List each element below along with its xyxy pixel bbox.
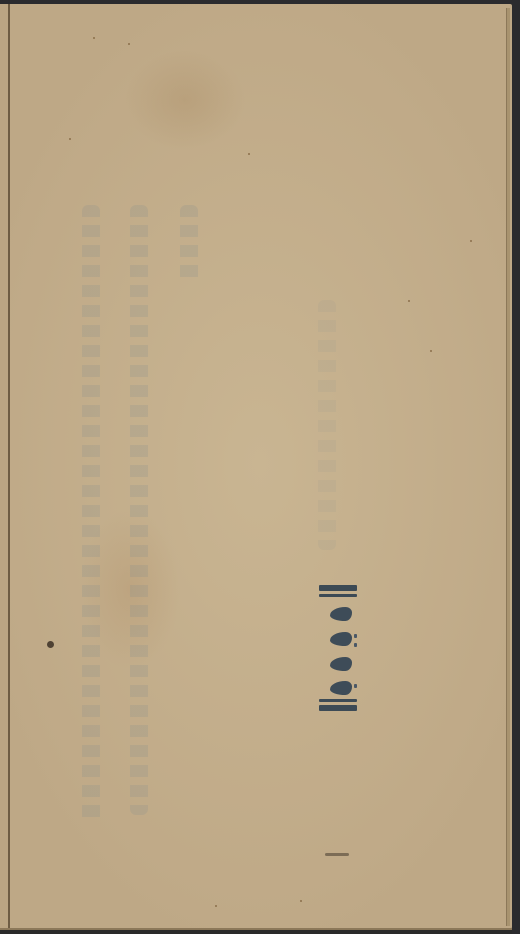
ornament-drop	[330, 681, 352, 695]
paper-speck	[300, 900, 302, 902]
ornament-drop	[330, 632, 352, 646]
ornament-drop	[330, 607, 352, 621]
page-bottom-edge	[0, 928, 512, 930]
scan-border-right	[512, 0, 520, 934]
show-through-text-column	[82, 205, 100, 825]
ink-blot	[47, 641, 54, 648]
ornament-bar	[319, 594, 357, 597]
paper-speck	[430, 350, 432, 352]
ink-smudge	[325, 853, 349, 856]
paper-speck	[215, 905, 217, 907]
paper-speck	[470, 240, 472, 242]
paper-speck	[408, 300, 410, 302]
show-through-text-column	[318, 300, 336, 550]
book-page	[0, 4, 512, 930]
ornament-dot	[354, 634, 357, 638]
ornament-dot	[354, 643, 357, 647]
ornament-dot	[354, 684, 357, 688]
paper-speck	[69, 138, 71, 140]
page-edge	[506, 8, 510, 926]
ornament-bar	[319, 585, 357, 591]
ornament-bar	[319, 705, 357, 711]
printed-ornament: printed ornament	[318, 585, 358, 713]
show-through-text-column	[180, 205, 198, 285]
paper-speck	[248, 153, 250, 155]
show-through-text-column	[130, 205, 148, 815]
paper-speck	[93, 37, 95, 39]
paper-speck	[128, 43, 130, 45]
ornament-drop	[330, 657, 352, 671]
page-gutter	[0, 4, 10, 930]
ornament-bar	[319, 699, 357, 702]
